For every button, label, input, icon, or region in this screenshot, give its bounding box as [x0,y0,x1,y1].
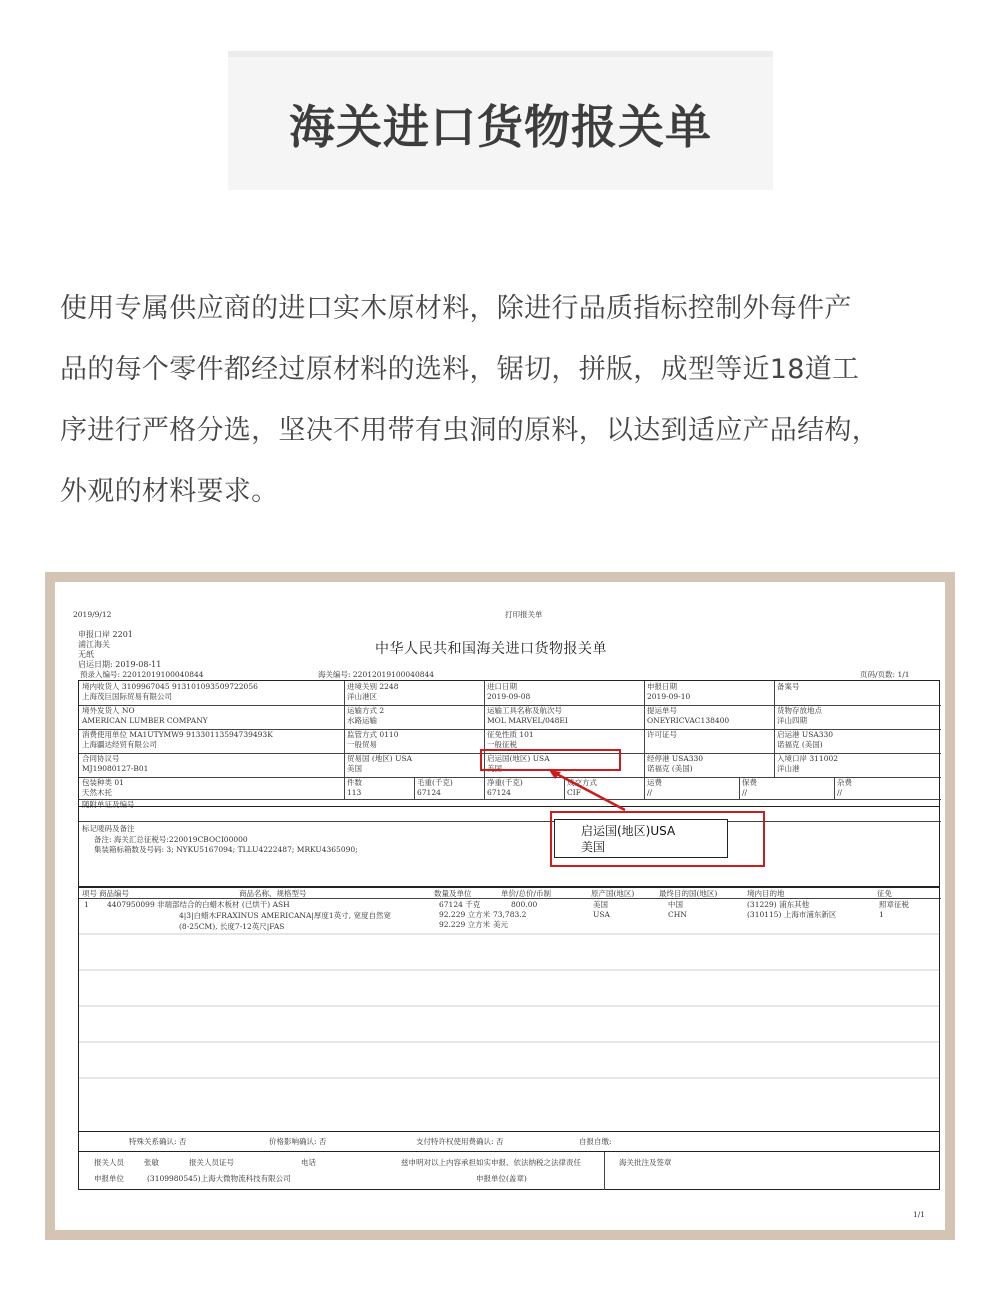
col-divider [484,681,485,705]
description: 使用专属供应商的进口实木原材料，除进行品质指标控制外每件产 品的每个零件都经过原… [60,278,960,522]
special-relation: 特殊关系确认: 否 [129,1137,186,1147]
field-label: 毛重(千克) [417,778,453,788]
description-line: 品的每个零件都经过原材料的选料，锯切，拼版，成型等近18道工 [60,339,960,400]
col-divider [644,681,645,705]
field-label: 贸易国 (地区) USA [347,754,412,764]
document-frame: 2019/9/12 打印报关单 申报口岸 2201 浦江海关 无纸 启运日期: … [45,572,955,1240]
header-divider [79,898,941,899]
phone-label: 电话 [301,1158,316,1168]
field-value: 诺福克 (美国) [777,740,823,750]
goods-price: 73,783.2 [493,910,526,920]
title-banner: 海关进口货物报关单 [228,51,773,190]
goods-row-line [79,1005,939,1007]
col-divider [484,705,485,729]
departure-date: 启运日期: 2019-08-11 [78,660,161,670]
col-divider [774,705,775,729]
cert-label: 报关人员证号 [189,1158,234,1168]
paperless-tag: 无纸 [78,650,94,660]
goods-name: 4|3|白蜡木FRAXINUS AMERICANA|厚度1英寸, 宽度自然宽 [179,911,391,921]
field-label: 监管方式 0110 [347,730,398,740]
field-value: // [837,788,842,798]
goods-price: 800.00 [511,900,537,910]
goods-name: (8-25CM), 长度7-12英尺|FAS [179,922,284,932]
customs-sign: 海关批注及签章 [619,1158,672,1168]
field-value: // [647,788,652,798]
field-label: 申报日期 [647,682,677,692]
field-value: 诺福克 (美国) [647,764,693,774]
goods-name: 非端部结合的白蜡木板材 (已烘干) ASH [157,900,290,910]
confirmation-row: 特殊关系确认: 否价格影响确认: 否支付特许权使用费确认: 否自报自缴: [78,1132,940,1152]
royalty-confirm: 支付特许权使用费确认: 否 [416,1137,503,1147]
col-divider [644,777,645,799]
field-label: 进境关别 2248 [347,682,398,692]
col-divider [644,753,645,777]
declarant-label: 报关人员 [94,1158,124,1168]
description-line: 外观的材料要求。 [60,461,960,522]
field-label: 合同协议号 [82,754,120,764]
statement: 兹申明对以上内容承担如实申报、依法纳税之法律责任 [401,1158,581,1168]
field-label: 进口日期 [487,682,517,692]
print-label: 打印报关单 [505,610,543,620]
field-label: 提运单号 [647,706,677,716]
stamp-label: 申报单位(盖章) [476,1174,527,1184]
goods-origin: USA [593,910,610,920]
field-label: 保费 [742,778,757,788]
col-divider [834,777,835,799]
col-divider [739,777,740,799]
customs-name: 浦江海关 [78,640,110,650]
highlight-box [480,749,621,771]
field-label: 杂费 [837,778,852,788]
preentry-number: 预录入编号: 22012019100040844 [80,670,204,680]
col-divider [344,753,345,777]
field-label: 件数 [347,778,362,788]
declare-port: 申报口岸 2201 [78,630,133,640]
goods-qty: 92.229 立方米 [439,920,490,930]
field-value: CIF [567,788,581,798]
field-value: 2019-09-10 [647,692,690,702]
goods-row-line [79,933,939,935]
field-value: 水路运输 [347,716,377,726]
field-label: 净重(千克) [487,778,523,788]
field-value: 天然木托 [82,788,112,798]
field-label: 运输工具名称及航次号 [487,706,562,716]
callout-content: 启运国(地区)USA 美国 [554,819,728,858]
field-label: 境外发货人 NO [82,706,135,716]
goods-duty: 照章征税 [879,900,909,910]
callout-line: 启运国(地区)USA [581,823,727,839]
col-divider [344,777,345,799]
price-influence: 价格影响确认: 否 [269,1137,326,1147]
goods-qty: 92.229 立方米 [439,910,490,920]
field-label: 备案号 [777,682,800,692]
remarks-section: 标记唛码及备注备注: 海关汇总征税号:220019CBOCI00000集装箱标箱… [78,807,940,887]
field-label: 货物存放地点 [777,706,822,716]
field-value: ONEYRICVAC138400 [647,716,729,726]
field-value: 洋山港区 [347,692,377,702]
page-number: 1/1 [913,1210,925,1220]
col-divider [344,705,345,729]
field-value: 洋山港 [777,764,800,774]
goods-domestic-dest: (31229) 浦东其他 [747,900,809,910]
field-value: 上海疆达经贸有限公司 [82,740,157,750]
col-divider [774,729,775,753]
goods-domestic-dest: (310115) 上海市浦东新区 [747,910,836,920]
row-divider [79,821,941,822]
field-value: 一般贸易 [347,740,377,750]
description-line: 序进行严格分选，坚决不用带有虫洞的原料，以达到适应产品结构， [60,400,960,461]
field-value: 洋山四期 [777,716,807,726]
row-divider [79,799,941,800]
goods-qty: 67124 千克 [439,900,480,910]
col-divider [604,1152,605,1190]
col-divider [344,729,345,753]
field-value: 67124 [417,788,441,798]
page-info: 页码/页数: 1/1 [860,670,910,680]
document-title: 中华人民共和国海关进口货物报关单 [375,638,607,658]
unit-value: (3109980545)上海大微物流科技有限公司 [147,1174,291,1184]
field-value: 美国 [347,764,362,774]
field-value: 上海茂巨国际贸易有限公司 [82,692,172,702]
field-label: 成交方式 [567,778,597,788]
unit-label: 申报单位 [94,1174,124,1184]
description-line: 使用专属供应商的进口实木原材料，除进行品质指标控制外每件产 [60,278,960,339]
field-label: 启运港 USA330 [777,730,833,740]
goods-duty: 1 [879,910,884,920]
col-divider [344,681,345,705]
print-date: 2019/9/12 [73,610,111,620]
header-table: 境内收货人 3109967045 913101093509722056上海茂巨国… [78,680,940,807]
field-value: // [742,788,747,798]
goods-row-line [79,1041,939,1043]
marks-label: 标记唛码及备注 [82,824,135,834]
goods-row-line [79,1077,939,1079]
field-label: 许可证号 [647,730,677,740]
goods-hs-code: 4407950099 [107,900,155,910]
goods-destination: CHN [668,910,687,920]
col-divider [774,681,775,705]
field-label: 入境口岸 311002 [777,754,838,764]
field-label: 运输方式 2 [347,706,384,716]
col-divider [644,729,645,753]
field-value: AMERICAN LUMBER COMPANY [82,716,208,726]
goods-destination: 中国 [668,900,683,910]
page-title: 海关进口货物报关单 [289,91,712,157]
self-declare: 自报自缴: [579,1137,612,1147]
customs-number: 海关编号: 22012019100040844 [318,670,434,680]
field-label: 经停港 USA330 [647,754,703,764]
declarant-name: 张敏 [144,1158,159,1168]
field-label: 消费使用单位 MA1UTYMW9 91330113594739493K [82,730,273,740]
field-value: 113 [347,788,361,798]
callout-line: 美国 [581,839,727,855]
goods-row-line [79,969,939,971]
field-label: 征免性质 101 [487,730,534,740]
customs-declaration-form: 2019/9/12 打印报关单 申报口岸 2201 浦江海关 无纸 启运日期: … [55,582,945,1230]
field-label: 运费 [647,778,662,788]
col-divider [774,753,775,777]
remark-line: 备注: 海关汇总征税号:220019CBOCI00000 [94,835,248,845]
field-value: MOL MARVEL/048EI [487,716,568,726]
col-divider [484,777,485,799]
col-divider [414,777,415,799]
goods-price: 美元 [493,920,508,930]
signature-section: 报关人员张敏报关人员证号电话兹申明对以上内容承担如实申报、依法纳税之法律责任申报… [78,1152,940,1190]
field-value: 67124 [487,788,511,798]
goods-origin: 美国 [593,900,608,910]
field-value: 2019-09-08 [487,692,530,702]
field-label: 境内收货人 3109967045 913101093509722056 [82,682,258,692]
col-divider [564,777,565,799]
container-line: 集装箱标箱数及号码: 3; NYKU5167094; TLLU4222487; … [94,845,358,855]
field-value: MJ19080127-B01 [82,764,148,774]
col-divider [644,705,645,729]
field-label: 包装种类 01 [82,778,124,788]
goods-table: 项号商品编号商品名称、规格型号数量及单位单价/总价/币制原产国(地区)最终目的国… [78,887,940,1132]
goods-item-no: 1 [84,900,89,910]
